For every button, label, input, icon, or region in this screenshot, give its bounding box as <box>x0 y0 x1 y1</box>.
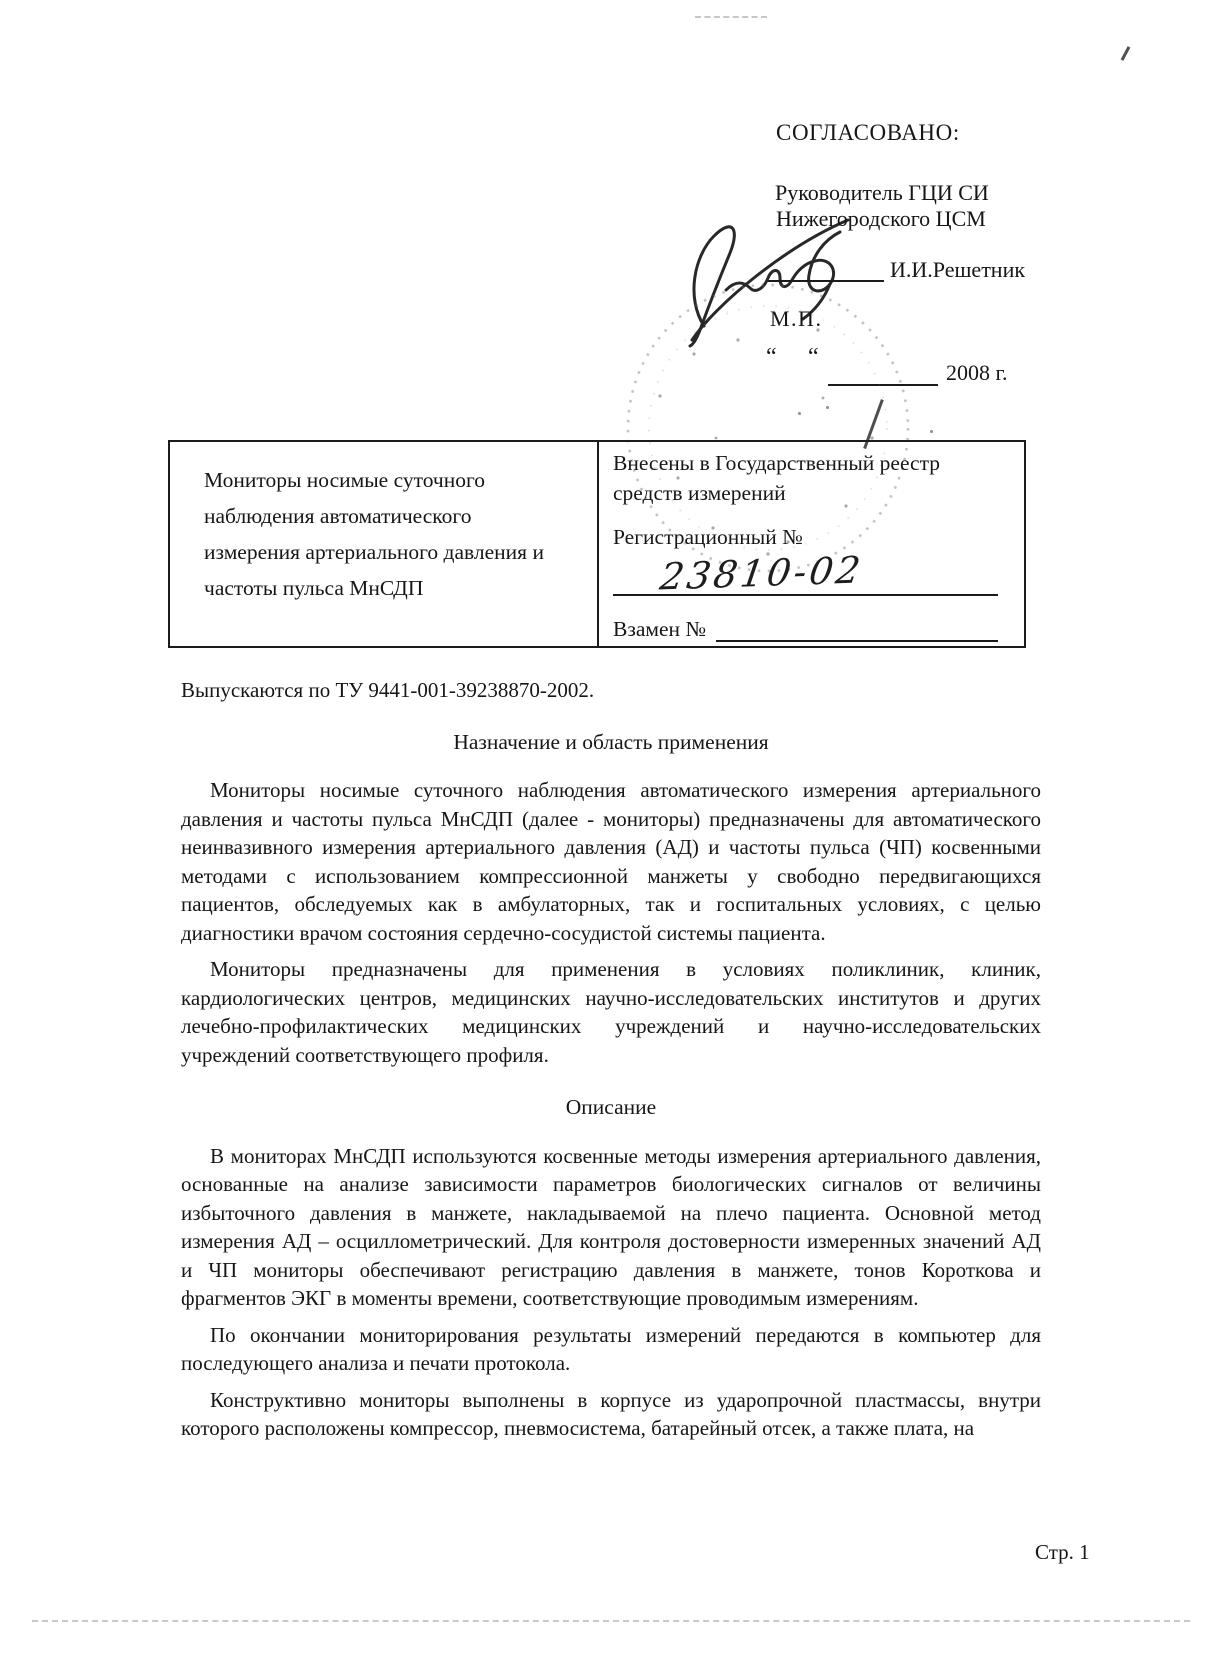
device-name-line: измерения артериального давления и <box>204 534 583 570</box>
replaces-label: Взамен № <box>613 617 706 642</box>
tu-line: Выпускаются по ТУ 9441-001-39238870-2002… <box>181 676 1041 705</box>
scan-artifact-top-dashes <box>695 16 767 18</box>
registry-entry-line1: Внесены в Государственный реестр <box>613 448 998 478</box>
registration-number-label: Регистрационный № <box>613 522 998 552</box>
replaces-blank-line <box>716 614 998 642</box>
registry-entry-line2: средств измерений <box>613 478 998 508</box>
scan-artifact-top-right-tick <box>1121 46 1131 61</box>
purpose-paragraph-2: Мониторы предназначены для применения в … <box>181 955 1041 1069</box>
registration-number-value: 23810-02 <box>657 549 865 599</box>
description-paragraph-3: Конструктивно мониторы выполнены в корпу… <box>181 1386 1041 1443</box>
description-paragraph-2: По окончании мониторирования результаты … <box>181 1321 1041 1378</box>
purpose-heading: Назначение и область применения <box>181 728 1041 757</box>
document-page: СОГЛАСОВАНО: Руководитель ГЦИ СИ Нижегор… <box>0 0 1213 1676</box>
description-paragraph-1: В мониторах МнСДП используются косвенные… <box>181 1142 1041 1313</box>
device-name-line: Мониторы носимые суточного <box>204 462 583 498</box>
scan-artifact-dot <box>930 430 933 433</box>
date-year: 2008 г. <box>946 360 1008 386</box>
agreed-heading: СОГЛАСОВАНО: <box>776 120 960 146</box>
registry-cell: Внесены в Государственный реестр средств… <box>599 442 1024 646</box>
document-body: Выпускаются по ТУ 9441-001-39238870-2002… <box>181 676 1041 1451</box>
scan-artifact-page-edge-line <box>32 1620 1190 1622</box>
registry-table: Мониторы носимые суточного наблюдения ав… <box>168 440 1026 648</box>
registration-number-line: 23810-02 <box>613 552 998 596</box>
page-number: Стр. 1 <box>1035 1540 1090 1565</box>
device-name-cell: Мониторы носимые суточного наблюдения ав… <box>170 442 599 646</box>
description-heading: Описание <box>181 1093 1041 1122</box>
device-name-line: частоты пульса МнСДП <box>204 570 583 606</box>
purpose-paragraph-1: Мониторы носимые суточного наблюдения ав… <box>181 776 1041 947</box>
device-name-line: наблюдения автоматического <box>204 498 583 534</box>
